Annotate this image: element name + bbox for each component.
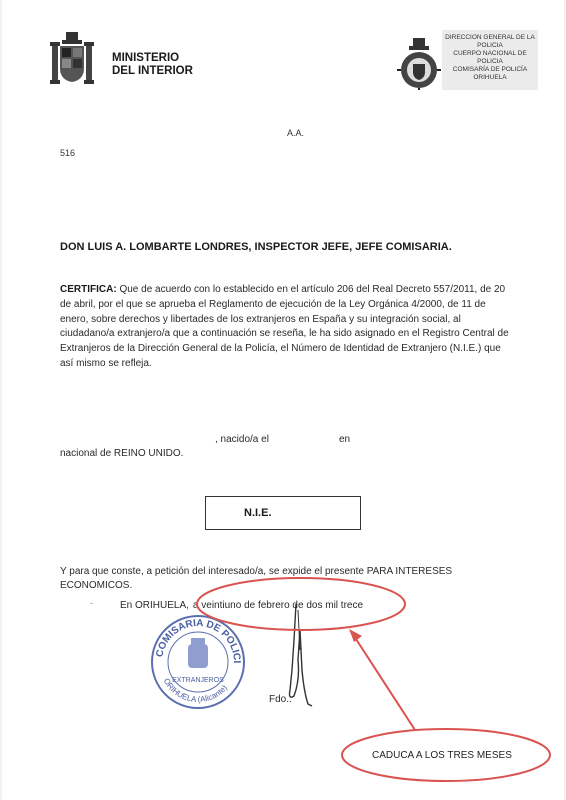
nationality-text: nacional de REINO UNIDO. [60,448,183,459]
ministry-title: MINISTERIO DEL INTERIOR [112,52,193,78]
police-stamp-icon: COMISARIA DE POLICIA ORIHUELA (Alicante)… [148,610,248,710]
reference-number: 516 [60,148,75,158]
tick-mark: - [90,598,93,608]
certification-paragraph: CERTIFICA: Que de acuerdo con lo estable… [60,283,510,372]
aa-label: A.A. [287,128,304,138]
nie-box: N.I.E. [205,496,361,530]
police-office-box: DIRECCION GENERAL DE LA POLICIA CUERPO N… [442,30,538,90]
certification-text: Que de acuerdo con lo establecido en el … [60,284,509,369]
born-label: , nacido/a el [215,434,269,445]
certifica-label: CERTIFICA: [60,284,117,295]
born-in-label: en [339,434,350,445]
expiry-note: CADUCA A LOS TRES MESES [372,750,512,761]
nie-label: N.I.E. [244,507,272,519]
closing-paragraph: Y para que conste, a petición del intere… [60,565,510,593]
svg-text:EXTRANJEROS: EXTRANJEROS [172,677,224,684]
issuer-heading: DON LUIS A. LOMBARTE LONDRES, INSPECTOR … [60,241,452,253]
police-badge-icon [397,36,441,90]
spain-coat-of-arms-icon [48,30,96,88]
signature-label: Fdo.: [269,694,292,705]
